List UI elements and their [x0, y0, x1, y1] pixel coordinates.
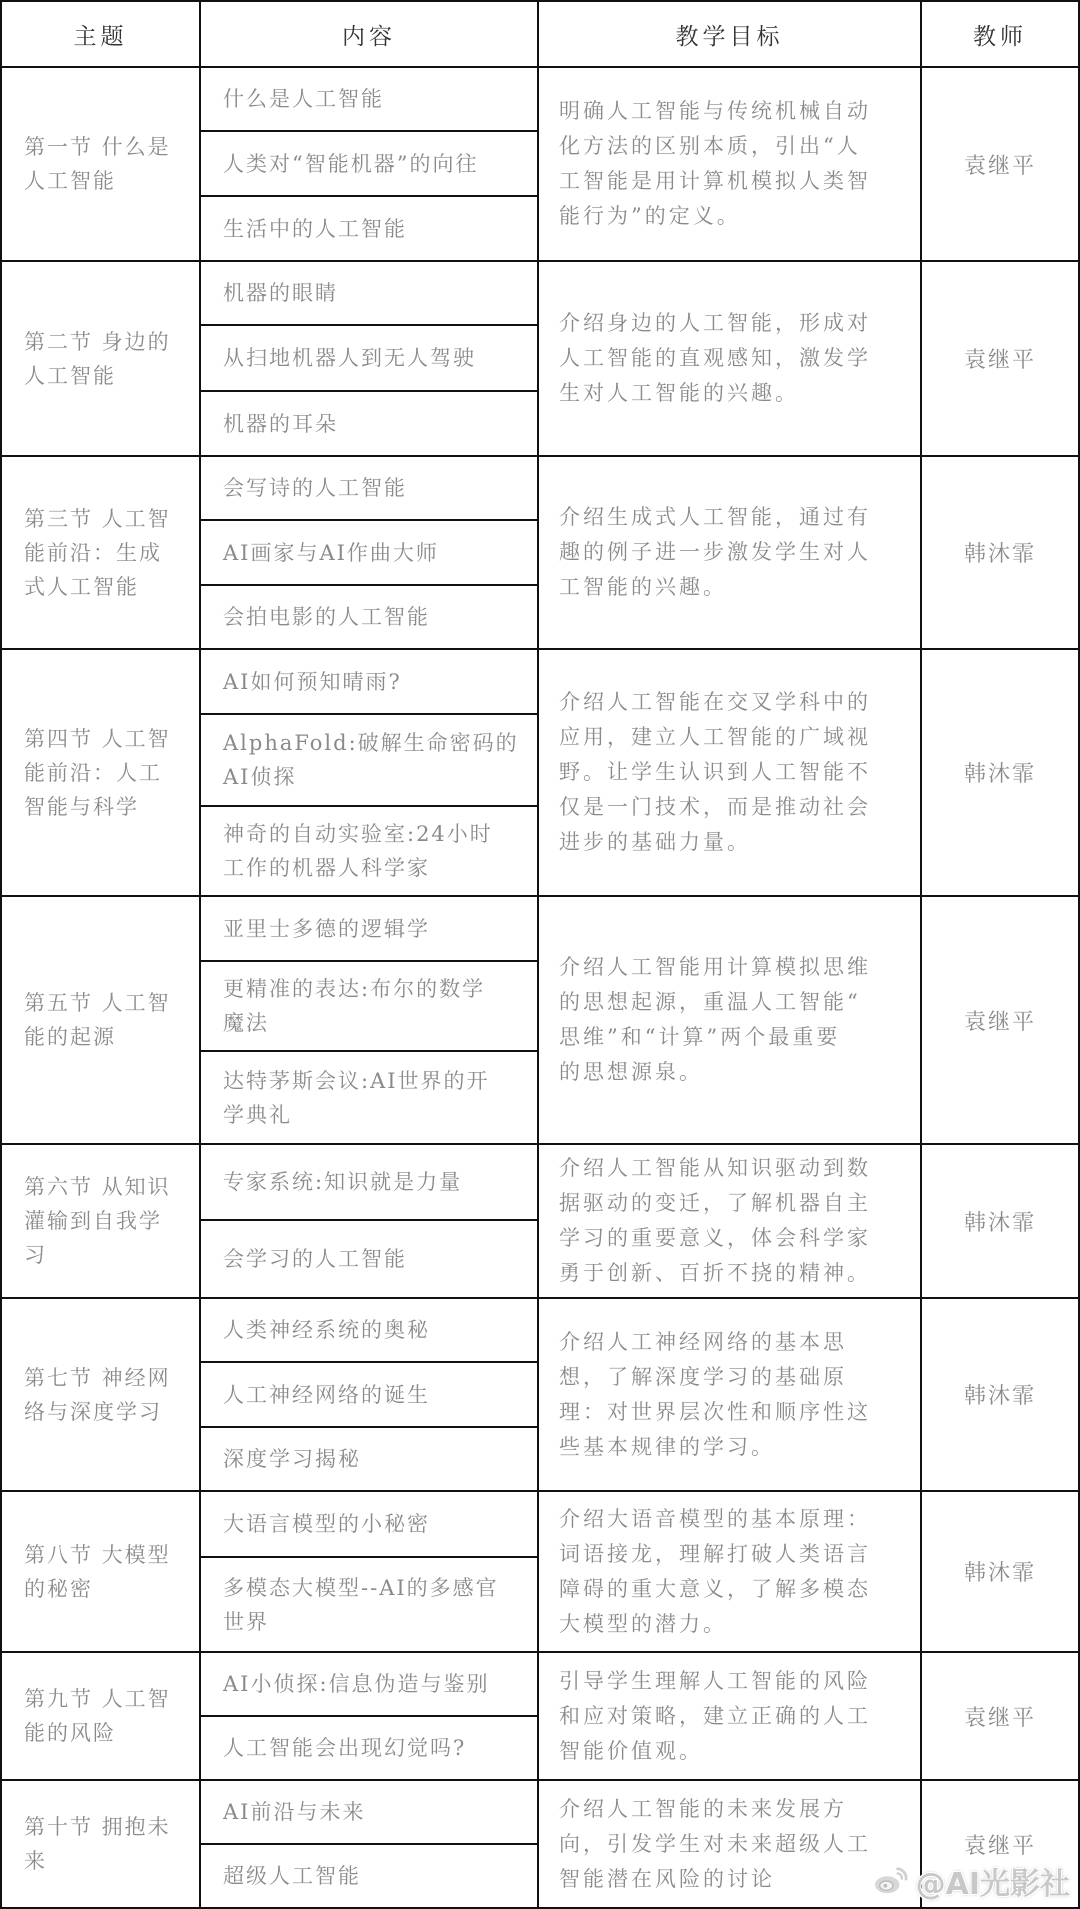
goal-cell: 明确人工智能与传统机械自动化方法的区别本质，引出“人工智能是用计算机模拟人类智能…	[537, 66, 922, 262]
curriculum-table: 主题内容教学目标教师第一节 什么是人工智能什么是人工智能人类对“智能机器”的向往…	[0, 0, 1080, 1909]
teacher-name: 韩沐霏	[964, 1379, 1036, 1410]
text-line: 的思想源泉。	[559, 1055, 920, 1090]
text-line: 工作的机器人科学家	[223, 851, 537, 885]
text-line: 人工智能	[24, 359, 199, 393]
header-teacher: 教师	[920, 0, 1080, 68]
text-line: 趣的例子进一步激发学生对人	[559, 535, 920, 570]
teacher-name: 韩沐霏	[964, 537, 1036, 568]
teacher-name: 袁继平	[964, 149, 1036, 180]
goal-cell: 介绍人工智能用计算模拟思维的思想起源，重温人工智能“思维”和“计算”两个最重要的…	[537, 895, 922, 1145]
text-line: 进步的基础力量。	[559, 825, 920, 860]
teacher-name: 袁继平	[964, 1701, 1036, 1732]
watermark: @AI光影社	[872, 1859, 1070, 1903]
content-item: 大语言模型的小秘密	[199, 1490, 539, 1558]
text-line: 大语言模型的小秘密	[223, 1507, 537, 1541]
text-line: 来	[24, 1844, 199, 1878]
text-line: 明确人工智能与传统机械自动	[559, 94, 920, 129]
content-item: 达特茅斯会议:AI世界的开学典礼	[199, 1050, 539, 1145]
text-line: 第十节 拥抱未	[24, 1810, 199, 1844]
goal-cell: 介绍身边的人工智能，形成对人工智能的直观感知，激发学生对人工智能的兴趣。	[537, 260, 922, 457]
content-item: 多模态大模型--AI的多感官世界	[199, 1556, 539, 1653]
header-topic-label: 主题	[74, 18, 128, 51]
header-goal: 教学目标	[537, 0, 922, 68]
content-item: 深度学习揭秘	[199, 1426, 539, 1492]
teacher-cell: 韩沐霏	[920, 455, 1080, 650]
text-line: 第一节 什么是	[24, 130, 199, 164]
text-line: 应用，建立人工智能的广域视	[559, 720, 920, 755]
text-line: 大模型的潜力。	[559, 1607, 920, 1642]
text-line: 介绍人工智能的未来发展方	[559, 1792, 920, 1827]
content-item: 机器的眼睛	[199, 260, 539, 326]
text-line: 智能潜在风险的讨论	[559, 1862, 920, 1897]
topic-cell: 第四节 人工智能前沿：人工智能与科学	[0, 648, 201, 897]
content-item: 人类神经系统的奥秘	[199, 1297, 539, 1363]
content-item: 超级人工智能	[199, 1843, 539, 1909]
goal-cell: 引导学生理解人工智能的风险和应对策略，建立正确的人工智能价值观。	[537, 1651, 922, 1781]
text-line: 想，了解深度学习的基础原	[559, 1360, 920, 1395]
content-item: 人工智能会出现幻觉吗?	[199, 1715, 539, 1781]
teacher-cell: 袁继平	[920, 260, 1080, 457]
text-line: 达特茅斯会议:AI世界的开	[223, 1064, 537, 1098]
content-item: 更精准的表达:布尔的数学魔法	[199, 960, 539, 1052]
text-line: 野。让学生认识到人工智能不	[559, 755, 920, 790]
text-line: 工智能是用计算机模拟人类智	[559, 164, 920, 199]
teacher-cell: 韩沐霏	[920, 1490, 1080, 1653]
text-line: 介绍人工智能用计算模拟思维	[559, 950, 920, 985]
topic-cell: 第三节 人工智能前沿：生成式人工智能	[0, 455, 201, 650]
text-line: 些基本规律的学习。	[559, 1430, 920, 1465]
text-line: 更精准的表达:布尔的数学	[223, 972, 537, 1006]
text-line: 介绍身边的人工智能，形成对	[559, 306, 920, 341]
teacher-cell: 韩沐霏	[920, 648, 1080, 897]
text-line: AlphaFold:破解生命密码的	[223, 726, 537, 760]
text-line: 习	[24, 1238, 199, 1272]
text-line: AI侦探	[223, 760, 537, 794]
topic-cell: 第八节 大模型的秘密	[0, 1490, 201, 1653]
text-line: 的思想起源，重温人工智能“	[559, 985, 920, 1020]
content-item: AI前沿与未来	[199, 1779, 539, 1845]
text-line: 机器的耳朵	[223, 407, 537, 441]
content-item: 生活中的人工智能	[199, 195, 539, 262]
text-line: 人工智能会出现幻觉吗?	[223, 1731, 537, 1765]
text-line: 第二节 身边的	[24, 325, 199, 359]
text-line: 人工智能的直观感知，激发学	[559, 341, 920, 376]
goal-cell: 介绍人工智能的未来发展方向，引发学生对未来超级人工智能潜在风险的讨论	[537, 1779, 922, 1909]
text-line: 能前沿：人工	[24, 756, 199, 790]
text-line: 人工神经网络的诞生	[223, 1378, 537, 1412]
header-content-label: 内容	[342, 18, 396, 51]
content-item: AlphaFold:破解生命密码的AI侦探	[199, 713, 539, 807]
teacher-cell: 韩沐霏	[920, 1143, 1080, 1299]
teacher-name: 袁继平	[964, 343, 1036, 374]
text-line: 介绍大语音模型的基本原理：	[559, 1502, 920, 1537]
text-line: 会学习的人工智能	[223, 1242, 537, 1276]
text-line: 第四节 人工智	[24, 722, 199, 756]
content-item: 会拍电影的人工智能	[199, 584, 539, 650]
text-line: 思维”和“计算”两个最重要	[559, 1020, 920, 1055]
text-line: 生对人工智能的兴趣。	[559, 376, 920, 411]
text-line: 第九节 人工智	[24, 1682, 199, 1716]
content-item: AI如何预知晴雨?	[199, 648, 539, 715]
text-line: 能行为”的定义。	[559, 199, 920, 234]
topic-cell: 第二节 身边的人工智能	[0, 260, 201, 457]
text-line: 学典礼	[223, 1098, 537, 1132]
text-line: 第五节 人工智	[24, 986, 199, 1020]
text-line: 第七节 神经网	[24, 1361, 199, 1395]
text-line: 能前沿：生成	[24, 536, 199, 570]
text-line: 学习的重要意义，体会科学家	[559, 1221, 920, 1256]
content-item: 人类对“智能机器”的向往	[199, 130, 539, 197]
text-line: 亚里士多德的逻辑学	[223, 912, 537, 946]
teacher-cell: 袁继平	[920, 895, 1080, 1145]
header-topic: 主题	[0, 0, 201, 68]
topic-cell: 第五节 人工智能的起源	[0, 895, 201, 1145]
text-line: 络与深度学习	[24, 1395, 199, 1429]
text-line: 灌输到自我学	[24, 1204, 199, 1238]
text-line: 人工智能	[24, 164, 199, 198]
text-line: 深度学习揭秘	[223, 1442, 537, 1476]
text-line: 智能价值观。	[559, 1734, 920, 1769]
content-item: AI画家与AI作曲大师	[199, 519, 539, 586]
teacher-cell: 袁继平	[920, 1651, 1080, 1781]
teacher-cell: 袁继平	[920, 66, 1080, 262]
text-line: 介绍人工智能在交叉学科中的	[559, 685, 920, 720]
text-line: 障碍的重大意义，了解多模态	[559, 1572, 920, 1607]
goal-cell: 介绍人工神经网络的基本思想，了解深度学习的基础原理：对世界层次性和顺序性这些基本…	[537, 1297, 922, 1492]
content-item: 什么是人工智能	[199, 66, 539, 132]
text-line: 和应对策略，建立正确的人工	[559, 1699, 920, 1734]
teacher-name: 韩沐霏	[964, 1556, 1036, 1587]
text-line: 会写诗的人工智能	[223, 471, 537, 505]
topic-cell: 第九节 人工智能的风险	[0, 1651, 201, 1781]
text-line: 人类对“智能机器”的向往	[223, 147, 537, 181]
text-line: 世界	[223, 1605, 537, 1639]
text-line: 机器的眼睛	[223, 276, 537, 310]
content-item: 专家系统:知识就是力量	[199, 1143, 539, 1221]
goal-cell: 介绍大语音模型的基本原理：词语接龙，理解打破人类语言障碍的重大意义，了解多模态大…	[537, 1490, 922, 1653]
content-item: 会学习的人工智能	[199, 1219, 539, 1299]
watermark-text: @AI光影社	[916, 1859, 1070, 1903]
text-line: 工智能的兴趣。	[559, 570, 920, 605]
teacher-name: 袁继平	[964, 1005, 1036, 1036]
text-line: 引导学生理解人工智能的风险	[559, 1664, 920, 1699]
goal-cell: 介绍生成式人工智能，通过有趣的例子进一步激发学生对人工智能的兴趣。	[537, 455, 922, 650]
content-item: 从扫地机器人到无人驾驶	[199, 324, 539, 392]
content-item: 神奇的自动实验室:24小时工作的机器人科学家	[199, 805, 539, 897]
topic-cell: 第一节 什么是人工智能	[0, 66, 201, 262]
content-item: AI小侦探:信息伪造与鉴别	[199, 1651, 539, 1717]
text-line: 的秘密	[24, 1572, 199, 1606]
text-line: 多模态大模型--AI的多感官	[223, 1571, 537, 1605]
text-line: AI小侦探:信息伪造与鉴别	[223, 1667, 537, 1701]
text-line: 能的风险	[24, 1716, 199, 1750]
teacher-name: 韩沐霏	[964, 1206, 1036, 1237]
text-line: 理：对世界层次性和顺序性这	[559, 1395, 920, 1430]
topic-cell: 第六节 从知识灌输到自我学习	[0, 1143, 201, 1299]
text-line: 从扫地机器人到无人驾驶	[223, 341, 537, 375]
teacher-name: 韩沐霏	[964, 757, 1036, 788]
teacher-name: 袁继平	[964, 1829, 1036, 1860]
text-line: 能的起源	[24, 1020, 199, 1054]
text-line: 据驱动的变迁，了解机器自主	[559, 1186, 920, 1221]
text-line: 化方法的区别本质，引出“人	[559, 129, 920, 164]
header-content: 内容	[199, 0, 539, 68]
text-line: 介绍人工神经网络的基本思	[559, 1325, 920, 1360]
goal-cell: 介绍人工智能从知识驱动到数据驱动的变迁，了解机器自主学习的重要意义，体会科学家勇…	[537, 1143, 922, 1299]
topic-cell: 第七节 神经网络与深度学习	[0, 1297, 201, 1492]
text-line: 第八节 大模型	[24, 1538, 199, 1572]
header-teacher-label: 教师	[973, 18, 1027, 51]
text-line: 勇于创新、百折不挠的精神。	[559, 1256, 920, 1291]
text-line: 会拍电影的人工智能	[223, 600, 537, 634]
header-goal-label: 教学目标	[676, 18, 784, 51]
weibo-icon	[872, 1865, 910, 1897]
text-line: 向，引发学生对未来超级人工	[559, 1827, 920, 1862]
text-line: 什么是人工智能	[223, 82, 537, 116]
content-item: 人工神经网络的诞生	[199, 1361, 539, 1428]
text-line: 第六节 从知识	[24, 1170, 199, 1204]
content-item: 会写诗的人工智能	[199, 455, 539, 521]
goal-cell: 介绍人工智能在交叉学科中的应用，建立人工智能的广域视野。让学生认识到人工智能不仅…	[537, 648, 922, 897]
text-line: 词语接龙，理解打破人类语言	[559, 1537, 920, 1572]
text-line: 式人工智能	[24, 570, 199, 604]
text-line: 人类神经系统的奥秘	[223, 1313, 537, 1347]
text-line: 魔法	[223, 1006, 537, 1040]
text-line: 智能与科学	[24, 790, 199, 824]
topic-cell: 第十节 拥抱未来	[0, 1779, 201, 1909]
text-line: 第三节 人工智	[24, 502, 199, 536]
text-line: AI前沿与未来	[223, 1795, 537, 1829]
content-item: 机器的耳朵	[199, 390, 539, 457]
text-line: 专家系统:知识就是力量	[223, 1165, 537, 1199]
text-line: AI如何预知晴雨?	[223, 665, 537, 699]
text-line: 生活中的人工智能	[223, 212, 537, 246]
text-line: 仅是一门技术，而是推动社会	[559, 790, 920, 825]
text-line: 介绍生成式人工智能，通过有	[559, 500, 920, 535]
content-item: 亚里士多德的逻辑学	[199, 895, 539, 962]
text-line: AI画家与AI作曲大师	[223, 536, 537, 570]
text-line: 介绍人工智能从知识驱动到数	[559, 1151, 920, 1186]
teacher-cell: 韩沐霏	[920, 1297, 1080, 1492]
text-line: 超级人工智能	[223, 1859, 537, 1893]
text-line: 神奇的自动实验室:24小时	[223, 817, 537, 851]
